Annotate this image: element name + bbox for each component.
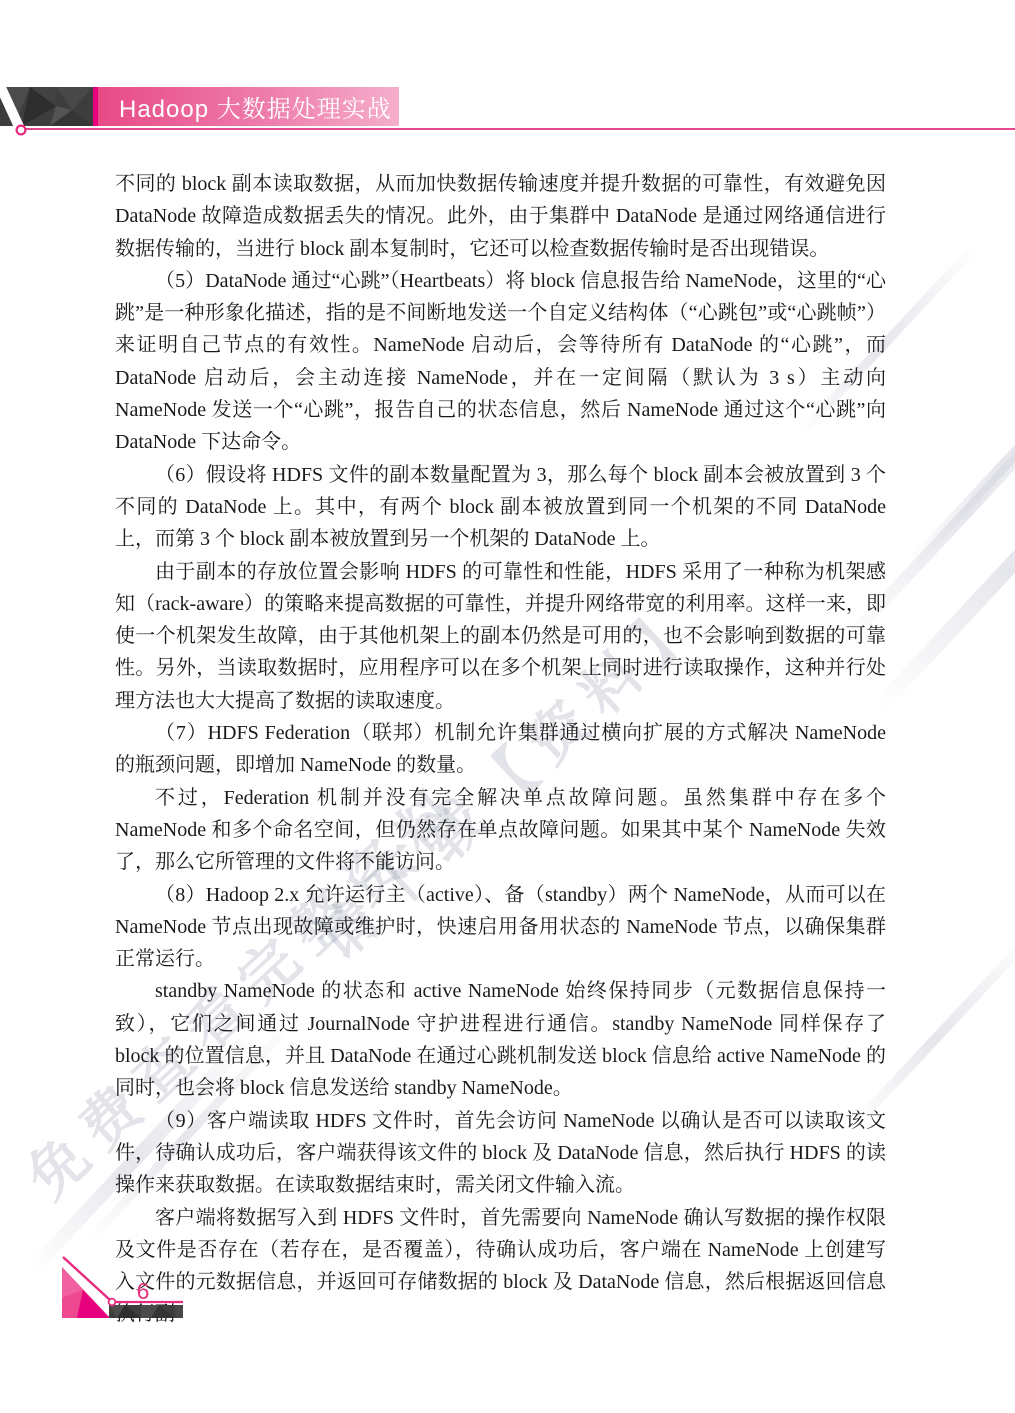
body-paragraph: （5）DataNode 通过“心跳”（Heartbeats）将 block 信息… [115,265,886,459]
book-title: Hadoop 大数据处理实战 [98,89,392,124]
body-paragraph: （9）客户端读取 HDFS 文件时，首先会访问 NameNode 以确认是否可以… [115,1105,886,1202]
watermark-streak [872,388,1015,713]
footer-circle-node [109,1299,116,1306]
header-rule-line [26,128,1015,130]
body-paragraph: 由于副本的存放位置会影响 HDFS 的可靠性和性能，HDFS 采用了一种称为机架… [115,556,886,717]
body-paragraph: 不过，Federation 机制并没有完全解决单点故障问题。虽然集群中存在多个 … [115,782,886,879]
footer-dark-bar [109,1305,183,1318]
body-paragraph: 客户端将数据写入到 HDFS 文件时，首先需要向 NameNode 确认写数据的… [115,1202,886,1331]
body-paragraph: standby NameNode 的状态和 active NameNode 始终… [115,975,886,1104]
page-body: 不同的 block 副本读取数据，从而加快数据传输速度并提升数据的可靠性，有效避… [115,168,886,1331]
body-paragraph: （8）Hadoop 2.x 允许运行主（active）、备（standby）两个… [115,879,886,976]
page-number: 6 [128,1280,158,1303]
chapter-banner: Hadoop 大数据处理实战 [93,87,399,126]
header-circle-node [17,126,26,135]
watermark-streak [906,343,1015,571]
book-page: 免费查看完整资料 请下载【资料】 Hadoop 大数据处理实战 不同的 bl [0,0,1015,1413]
body-paragraph: （7）HDFS Federation（联邦）机制允许集群通过横向扩展的方式解决 … [115,717,886,782]
body-paragraph: （6）假设将 HDFS 文件的副本数量配置为 3，那么每个 block 副本会被… [115,459,886,556]
body-paragraph: 不同的 block 副本读取数据，从而加快数据传输速度并提升数据的可靠性，有效避… [115,168,886,265]
